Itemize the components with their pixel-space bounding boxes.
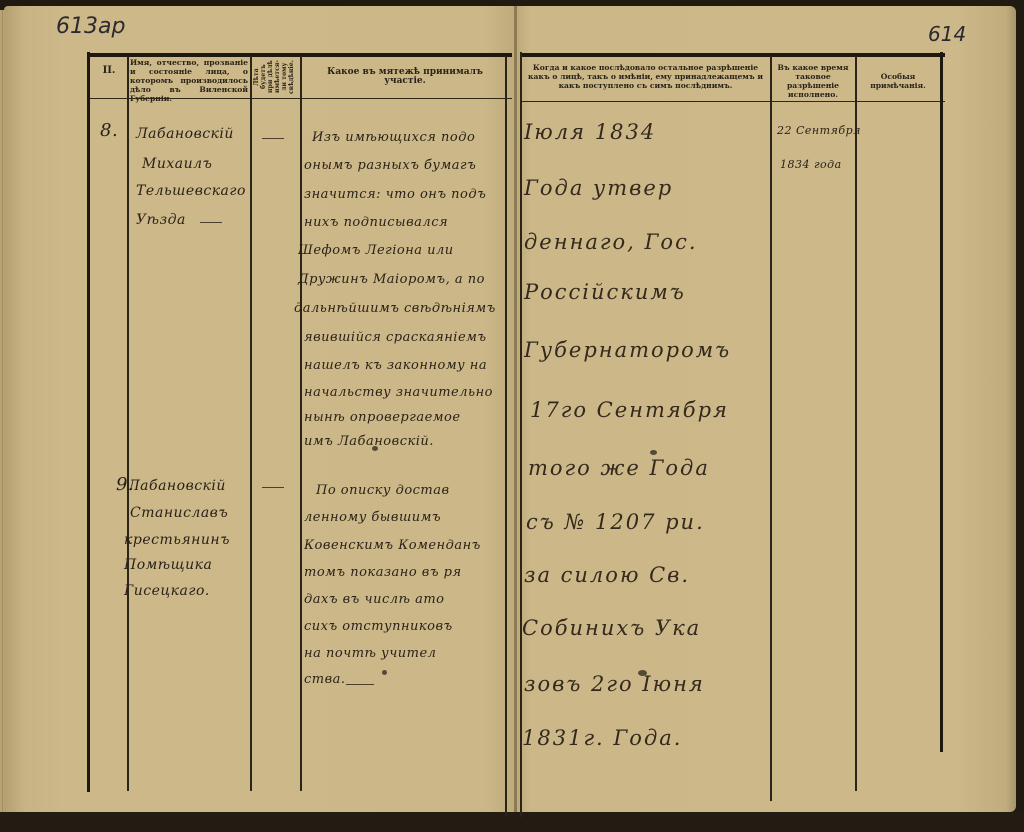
- entry-9-participation-line: дахъ въ числѣ ато: [304, 592, 445, 607]
- entry-8-participation-line: нынѣ опровергаемое: [304, 410, 461, 425]
- resolution-line: зовъ 2го Іюня: [524, 672, 705, 696]
- entry-9-participation-line: сихъ отступниковъ: [304, 619, 453, 634]
- resolution-line: 1831г. Года.: [522, 726, 682, 750]
- header-years: Лѣта будетъ при дѣлѣ имѣется-ли тому свѣ…: [253, 57, 298, 97]
- entry-8-participation-line: имъ Лабановскій.: [304, 434, 434, 449]
- rule-right-inner: [520, 52, 522, 817]
- entry-9-years-dash: [262, 487, 284, 488]
- rule-col-participation: [300, 56, 302, 791]
- entry-9-name-line: Помѣщика: [124, 557, 212, 573]
- entry-8-participation-line: онымъ разныхъ бумагъ: [304, 158, 476, 173]
- header-resolution: Когда и какое послѣдовало остальное разр…: [523, 63, 768, 90]
- rule-col-years: [250, 56, 252, 791]
- entry-8-name-line: Тельшевскаго: [136, 183, 246, 199]
- entry-8-participation-line: значится: что онъ подъ: [304, 187, 486, 202]
- left-outer-rule: [87, 52, 90, 792]
- right-outer-rule: [940, 52, 943, 752]
- header-name: Имя, отчество, прозваніе и состояніе лиц…: [130, 58, 248, 103]
- entry-9-name-line: крестьянинъ: [124, 532, 230, 548]
- entry-9-participation-line: на почтѣ учител: [304, 646, 436, 661]
- entry-8-participation-line: Дружинъ Маіоромъ, а по: [298, 272, 485, 287]
- entry-9-participation-line: Ковенскимъ Коменданъ: [304, 538, 481, 553]
- executed-date-line: 22 Сентября: [777, 124, 861, 137]
- rule-col-remarks: [855, 56, 857, 791]
- entry-8-participation-line: дальнѣйшимъ свѣдѣніямъ: [294, 301, 496, 316]
- entry-9-participation-line: ства.: [304, 672, 346, 687]
- dash: [346, 684, 374, 685]
- entry-8-years-dash: [262, 138, 284, 139]
- ink-blot: [372, 446, 378, 451]
- entry-8-participation-line: нихъ подписывался: [304, 215, 448, 230]
- resolution-line: за силою Св.: [524, 563, 690, 587]
- entry-8-participation-line: Шефомъ Легіона или: [298, 243, 454, 258]
- entry-9-participation-line: По описку достав: [316, 483, 450, 498]
- rule-col-name: [127, 56, 129, 791]
- ledger-spread: 613ар 614 II. Имя, отчество, прозваніе и…: [0, 0, 1024, 832]
- header-executed: Въ какое время таковое разрѣшеніе исполн…: [772, 63, 854, 99]
- entry-8-participation-line: начальству значительно: [304, 385, 493, 400]
- resolution-line: Собинихъ Ука: [522, 616, 701, 640]
- resolution-line: съ № 1207 ри.: [526, 510, 705, 534]
- entry-9-name-line: Лабановскій: [128, 478, 226, 494]
- entry-8-name-line: Уѣзда: [136, 212, 186, 228]
- entry-8-name-line: Михаилъ: [142, 156, 212, 172]
- ink-blot: [650, 450, 657, 455]
- dash: [200, 222, 222, 223]
- entry-9-name-line: Гисецкаго.: [124, 583, 210, 599]
- left-folio-number: 613ар: [56, 14, 125, 39]
- entry-8-participation-line: нашелъ къ законному на: [304, 358, 487, 373]
- header-participation: Какое въ мятежѣ принималъ участіе.: [305, 68, 505, 86]
- resolution-line: того же Года: [528, 456, 710, 480]
- resolution-line: Іюля 1834: [524, 120, 656, 144]
- entry-8-participation-line: явившійся сраскаяніемъ: [304, 330, 487, 345]
- entry-9-participation-line: томъ показано въ ря: [304, 565, 462, 580]
- resolution-line: деннаго, Гос.: [524, 230, 698, 254]
- rule-left-inner: [505, 56, 507, 816]
- resolution-line: Губернаторомъ: [524, 338, 731, 362]
- rule-col-executed: [770, 56, 772, 801]
- left-page: [4, 6, 516, 812]
- entry-8-name-line: Лабановскій: [136, 126, 234, 142]
- header-top-rule-right: [520, 53, 945, 57]
- entry-8-participation-line: Изъ имѣющихся подо: [312, 130, 475, 145]
- entry-9-participation-line: ленному бывшимъ: [304, 510, 441, 525]
- resolution-line: 17го Сентября: [530, 398, 729, 422]
- entry-8-number: 8.: [100, 120, 118, 141]
- header-number: II.: [92, 66, 126, 75]
- executed-date-line: 1834 года: [780, 158, 842, 171]
- ink-blot: [382, 670, 387, 675]
- bottom-shadow: [0, 812, 1024, 832]
- header-bottom-rule-right: [520, 101, 945, 102]
- right-folio-number: 614: [928, 22, 966, 46]
- resolution-line: Россійскимъ: [524, 280, 686, 304]
- header-remarks: Особыя примѣчанія.: [857, 72, 939, 90]
- resolution-line: Года утвер: [524, 176, 673, 200]
- entry-9-name-line: Станиславъ: [130, 505, 228, 521]
- book-gutter: [514, 6, 517, 816]
